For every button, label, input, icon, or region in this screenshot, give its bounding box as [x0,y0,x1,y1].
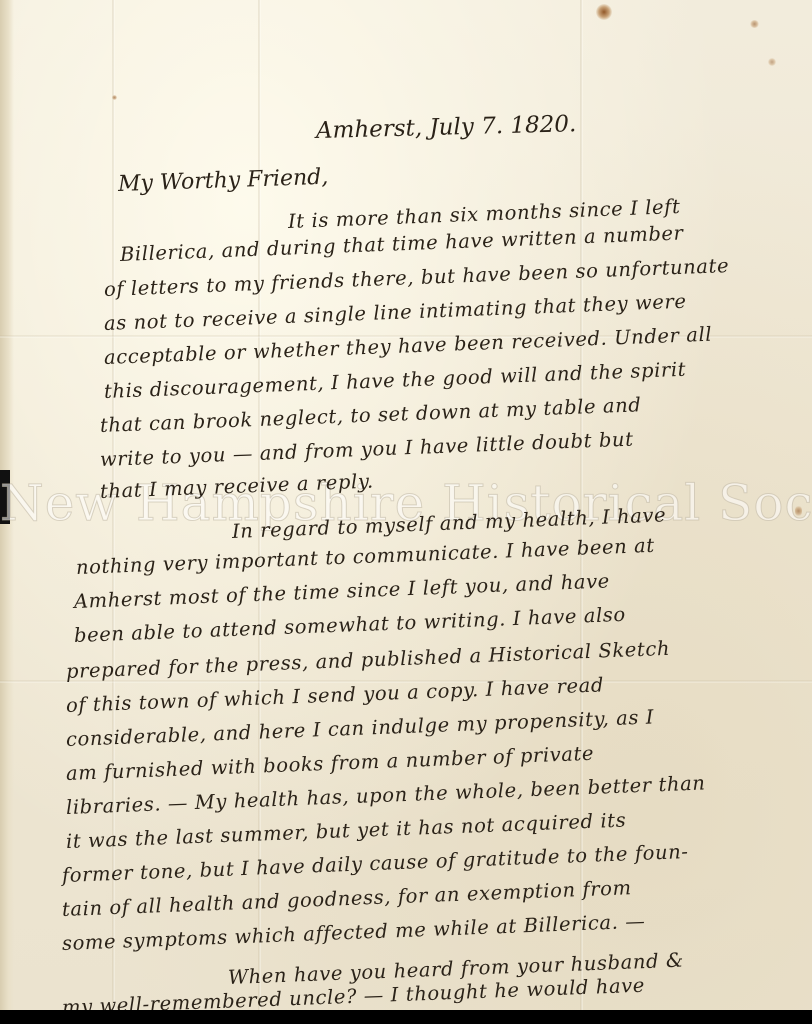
ink-stain [112,95,117,100]
ink-stain [750,20,759,28]
letter-line: that I may receive a reply. [100,469,375,502]
ink-stain [795,505,802,517]
fold-line-vertical-1 [112,0,115,1012]
salutation: My Worthy Friend, [118,165,329,197]
ink-stain [596,4,612,20]
scan-border-bottom [0,1010,812,1024]
mounting-tab [0,470,10,524]
letter-line: write to you — and from you I have littl… [100,428,634,471]
ink-stain [768,58,776,66]
dateline: Amherst, July 7. 1820. [316,111,577,144]
letter-page: New Hampshire Historical Society Amherst… [0,0,812,1012]
